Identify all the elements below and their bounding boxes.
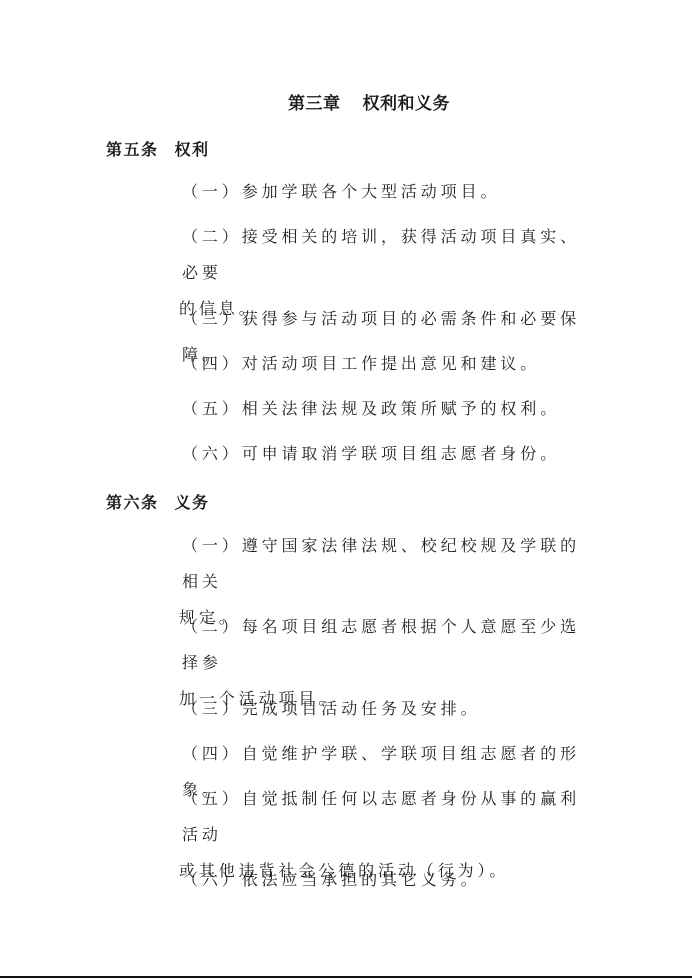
clause-line: （五）相关法律法规及政策所赋予的权利。 xyxy=(182,391,599,427)
chapter-name: 权利和义务 xyxy=(363,94,451,114)
article-heading-rights: 第五条权利 xyxy=(106,137,210,160)
clause-line: （一）参加学联各个大型活动项目。 xyxy=(182,174,599,210)
clause-line: （一）遵守国家法律法规、校纪校规及学联的相关 xyxy=(182,528,599,600)
clause-line: （五）自觉抵制任何以志愿者身份从事的赢利活动 xyxy=(182,781,599,853)
clause-line: （二）每名项目组志愿者根据个人意愿至少选择参 xyxy=(182,609,599,681)
clause-line: （三）完成项目活动任务及安排。 xyxy=(182,691,599,727)
article-title: 义务 xyxy=(175,493,210,512)
rights-clause-6: （六）可申请取消学联项目组志愿者身份。 xyxy=(179,436,599,472)
rights-clause-1: （一）参加学联各个大型活动项目。 xyxy=(179,174,599,210)
article-number: 第六条 xyxy=(106,493,159,512)
clause-line: （二）接受相关的培训，获得活动项目真实、必要 xyxy=(182,219,599,291)
article-number: 第五条 xyxy=(106,140,159,159)
chapter-title: 第三章权利和义务 xyxy=(0,89,692,114)
document-page: 第三章权利和义务 第五条权利 （一）参加学联各个大型活动项目。 （二）接受相关的… xyxy=(0,0,692,979)
rights-clause-5: （五）相关法律法规及政策所赋予的权利。 xyxy=(179,391,599,427)
chapter-number: 第三章 xyxy=(288,94,341,114)
article-title: 权利 xyxy=(175,140,210,159)
clause-line: （六）可申请取消学联项目组志愿者身份。 xyxy=(182,436,599,472)
article-heading-obligations: 第六条义务 xyxy=(106,490,210,513)
page-bottom-divider xyxy=(0,976,692,978)
clause-line: （六）依法应当承担的其它义务。 xyxy=(182,862,599,898)
obligations-clause-6: （六）依法应当承担的其它义务。 xyxy=(179,862,599,898)
clause-line: （四）对活动项目工作提出意见和建议。 xyxy=(182,346,599,382)
rights-clause-4: （四）对活动项目工作提出意见和建议。 xyxy=(179,346,599,382)
obligations-clause-3: （三）完成项目活动任务及安排。 xyxy=(179,691,599,727)
